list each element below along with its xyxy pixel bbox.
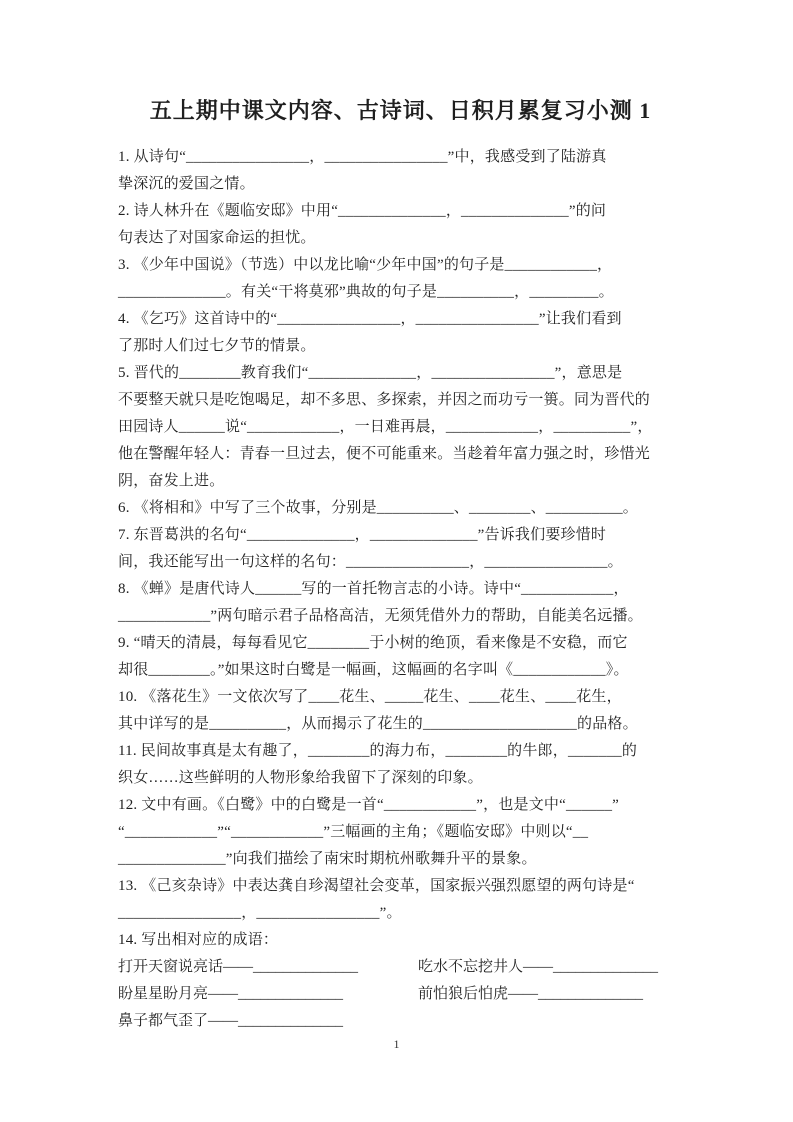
idiom-1-left: 打开天窗说亮话——______________ xyxy=(118,954,418,981)
question-5-line-5: 阴，奋发上进。 xyxy=(118,468,683,495)
idiom-row-1: 打开天窗说亮话——______________ 吃水不忘挖井人——_______… xyxy=(118,954,683,981)
page-number: 1 xyxy=(0,1036,793,1052)
idiom-row-2: 盼星星盼月亮——______________ 前怕狼后怕虎——_________… xyxy=(118,981,683,1008)
question-5-line-2: 不要整天就只是吃饱喝足，却不多思、多探索，并因之而功亏一篑。同为晋代的 xyxy=(118,387,683,414)
idiom-2-right: 前怕狼后怕虎——______________ xyxy=(418,981,643,1008)
question-5-line-4: 他在警醒年轻人：青春一旦过去，便不可能重来。当趁着年富力强之时，珍惜光 xyxy=(118,441,683,468)
question-12-line-1: 12. 文中有画。《白鹭》中的白鹭是一首“____________”，也是文中“… xyxy=(118,792,683,819)
worksheet-page: 五上期中课文内容、古诗词、日积月累复习小测 1 1. 从诗句“_________… xyxy=(0,0,793,1122)
question-8-line-2: ____________”两句暗示君子品格高洁，无须凭借外力的帮助，自能美名远播… xyxy=(118,603,683,630)
question-3-line-1: 3. 《少年中国说》（节选）中以龙比喻“少年中国”的句子是___________… xyxy=(118,252,683,279)
question-5-line-3: 田园诗人______说“____________，一日难再晨，_________… xyxy=(118,414,683,441)
question-4-line-1: 4. 《乞巧》这首诗中的“________________，__________… xyxy=(118,306,683,333)
question-10-line-1: 10. 《落花生》一文依次写了____花生、_____花生、____花生、___… xyxy=(118,684,683,711)
idiom-1-right: 吃水不忘挖井人——______________ xyxy=(418,954,658,981)
question-14-heading: 14. 写出相对应的成语： xyxy=(118,927,683,954)
question-5-line-1: 5. 晋代的________教育我们“______________，______… xyxy=(118,360,683,387)
question-6-line-1: 6. 《将相和》中写了三个故事，分别是__________、________、_… xyxy=(118,495,683,522)
question-8-line-1: 8. 《蝉》是唐代诗人______写的一首托物言志的小诗。诗中“________… xyxy=(118,576,683,603)
question-4-line-2: 了那时人们过七夕节的情景。 xyxy=(118,333,683,360)
question-7-line-1: 7. 东晋葛洪的名句“______________，______________… xyxy=(118,522,683,549)
question-12-line-3: ______________”向我们描绘了南宋时期杭州歌舞升平的景象。 xyxy=(118,846,683,873)
question-11-line-1: 11. 民间故事真是太有趣了，________的海力布，________的牛郎，… xyxy=(118,738,683,765)
question-11-line-2: 织女……这些鲜明的人物形象给我留下了深刻的印象。 xyxy=(118,765,683,792)
idiom-3-left: 鼻子都气歪了——______________ xyxy=(118,1008,418,1035)
question-2-line-1: 2. 诗人林升在《题临安邸》中用“______________，________… xyxy=(118,198,683,225)
page-title: 五上期中课文内容、古诗词、日积月累复习小测 1 xyxy=(118,96,683,126)
question-9-line-2: 却很________。”如果这时白鹭是一幅画，这幅画的名字叫《_________… xyxy=(118,657,683,684)
worksheet-body: 1. 从诗句“________________，________________… xyxy=(118,144,683,1035)
idiom-2-left: 盼星星盼月亮——______________ xyxy=(118,981,418,1008)
question-3-line-2: ______________。有关“干将莫邪”典故的句子是__________，… xyxy=(118,279,683,306)
question-13-line-1: 13. 《己亥杂诗》中表达龚自珍渴望社会变革，国家振兴强烈愿望的两句诗是“ xyxy=(118,873,683,900)
question-1-line-1: 1. 从诗句“________________，________________… xyxy=(118,144,683,171)
idiom-row-3: 鼻子都气歪了——______________ xyxy=(118,1008,683,1035)
question-9-line-1: 9. “晴天的清晨，每每看见它________于小树的绝顶，看来像是不安稳，而它 xyxy=(118,630,683,657)
question-10-line-2: 其中详写的是__________，从而揭示了花生的_______________… xyxy=(118,711,683,738)
question-13-line-2: ________________，________________”。 xyxy=(118,900,683,927)
question-2-line-2: 句表达了对国家命运的担忧。 xyxy=(118,225,683,252)
question-12-line-2: “____________”“____________”三幅画的主角；《题临安邸… xyxy=(118,819,683,846)
question-1-line-2: 挚深沉的爱国之情。 xyxy=(118,171,683,198)
question-7-line-2: 间，我还能写出一句这样的名句：________________，________… xyxy=(118,549,683,576)
